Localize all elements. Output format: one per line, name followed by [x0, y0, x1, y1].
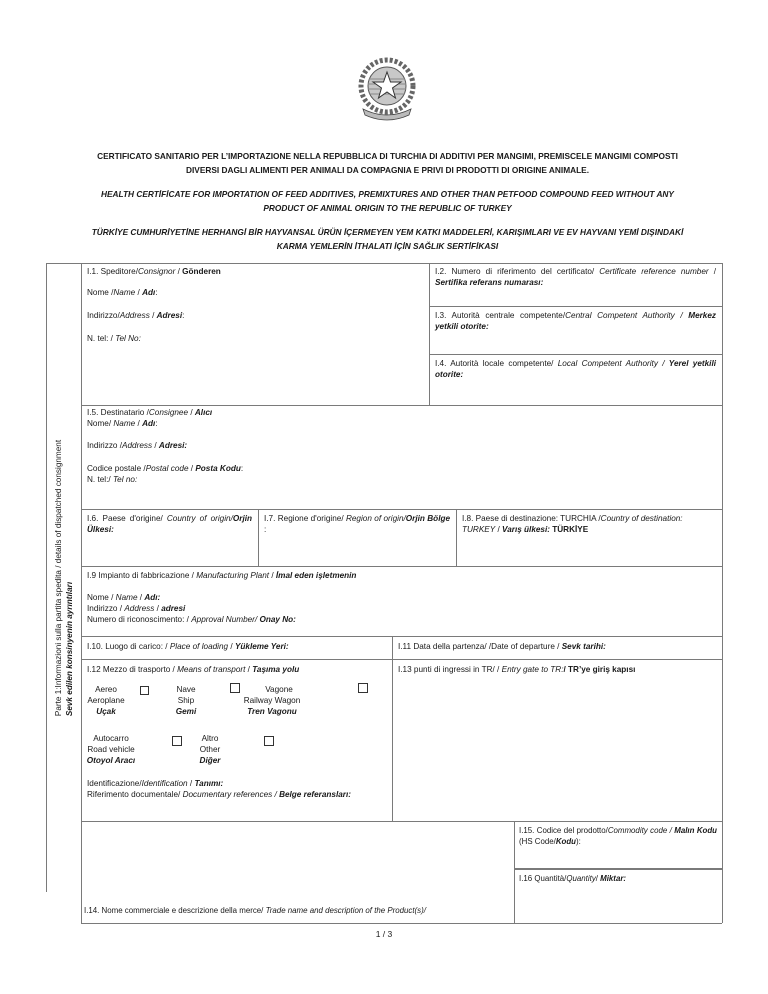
field-i2-certificate-reference[interactable]: I.2. Numero di riferimento del certifica… — [435, 266, 716, 288]
divider — [456, 509, 457, 566]
divider — [392, 636, 393, 821]
field-i16-quantity[interactable]: I.16 Quantità/Quantity/ Miktar: — [519, 873, 626, 884]
transport-option-other: AltroOtherDiğer — [190, 733, 230, 766]
field-i4-local-authority[interactable]: I.4. Autorità locale competente/ Local C… — [435, 358, 716, 380]
divider — [514, 868, 722, 870]
checkbox-other[interactable] — [264, 736, 274, 746]
field-i11-date-of-departure[interactable]: I.11 Data della partenza/ /Date of depar… — [398, 641, 606, 652]
side-label-section: Parte 1:Informazioni sulla partita spedi… — [46, 263, 81, 892]
field-i5-address[interactable]: Indirizzo /Address / Adresi: — [87, 440, 187, 451]
page-number: 1 / 3 — [0, 929, 768, 939]
field-i6-country-of-origin[interactable]: I.6. Paese d'origine/ Country of origin/… — [87, 513, 252, 535]
title-turkish: TÜRKİYE CUMHURİYETİNE HERHANGİ BİR HAYVA… — [80, 225, 695, 253]
side-label-text: Parte 1:Informazioni sulla partita spedi… — [53, 439, 75, 715]
field-i1-name[interactable]: Nome /Name / Adı: — [87, 287, 158, 298]
field-i3-central-authority[interactable]: I.3. Autorità centrale competente/Centra… — [435, 310, 716, 332]
border-inner-left — [81, 263, 82, 923]
field-i12-identification[interactable]: Identificazione/Identification / Tanımı: — [87, 778, 223, 789]
field-i5-tel[interactable]: N. tel:/ Tel no: — [87, 474, 137, 485]
border-left — [46, 263, 47, 892]
field-i13-entry-gate[interactable]: I.13 punti di ingressi in TR/ / Entry ga… — [398, 664, 635, 675]
border-bottom — [81, 923, 722, 924]
field-i5-name[interactable]: Nome/ Name / Adı: — [87, 418, 158, 429]
transport-option-aeroplane: AereoAeroplaneUçak — [86, 684, 126, 717]
checkbox-aeroplane[interactable] — [140, 686, 149, 695]
title-english: HEALTH CERTİFİCATE FOR IMPORTATION OF FE… — [80, 187, 695, 215]
field-i9-manufacturing-plant[interactable]: I.9 Impianto di fabbricazione / Manufact… — [87, 570, 356, 581]
field-i1-tel[interactable]: N. tel: / Tel No: — [87, 333, 141, 344]
field-i5-postal-code[interactable]: Codice postale /Postal code / Posta Kodu… — [87, 463, 243, 474]
divider — [429, 354, 722, 355]
field-i9-approval-number[interactable]: Numero di riconoscimento: / Approval Num… — [87, 614, 296, 625]
divider — [81, 636, 722, 637]
field-i12-means-of-transport: I.12 Mezzo di trasporto / Means of trans… — [87, 664, 299, 675]
field-i14-trade-name[interactable]: I.14. Nome commerciale e descrizione del… — [84, 905, 512, 916]
field-i1-address[interactable]: Indirizzo/Address / Adresi: — [87, 310, 184, 321]
divider — [514, 821, 515, 923]
field-i15-commodity-code[interactable]: I.15. Codice del prodotto/Commodity code… — [519, 825, 717, 847]
divider — [81, 509, 722, 510]
border-right — [722, 263, 723, 923]
divider — [81, 659, 722, 660]
title-italian: CERTIFICATO SANITARIO PER L’IMPORTAZIONE… — [80, 149, 695, 177]
field-i12-documentary-references[interactable]: Riferimento documentale/ Documentary ref… — [87, 789, 386, 800]
transport-option-ship: NaveShipGemi — [166, 684, 206, 717]
transport-option-road-vehicle: AutocarroRoad vehicleOtoyol Aracı — [82, 733, 140, 766]
divider — [81, 405, 722, 406]
border-top — [46, 263, 722, 264]
divider — [81, 821, 722, 822]
field-i9-address[interactable]: Indirizzo / Address / adresi — [87, 603, 185, 614]
checkbox-railway-wagon[interactable] — [358, 683, 368, 693]
field-i10-place-of-loading[interactable]: I.10. Luogo di carico: / Place of loadin… — [87, 641, 289, 652]
divider — [81, 566, 722, 567]
field-i8-country-of-destination[interactable]: I.8. Paese di destinazione: TURCHIA /Cou… — [462, 513, 718, 535]
divider — [429, 263, 430, 405]
field-i9-name[interactable]: Nome / Name / Adı: — [87, 592, 160, 603]
divider — [429, 306, 722, 307]
italian-republic-emblem-icon — [355, 55, 419, 123]
transport-option-railway-wagon: VagoneRailway WagonTren Vagonu — [232, 684, 312, 717]
field-i1-consignor[interactable]: I.1. Speditore/Consignor / Gönderen — [87, 266, 417, 277]
field-i7-region-of-origin[interactable]: I.7. Regione d'origine/ Region of origin… — [264, 513, 450, 535]
field-i5-consignee[interactable]: I.5. Destinatario /Consignee / Alıcı — [87, 407, 212, 418]
checkbox-road-vehicle[interactable] — [172, 736, 182, 746]
divider — [258, 509, 259, 566]
